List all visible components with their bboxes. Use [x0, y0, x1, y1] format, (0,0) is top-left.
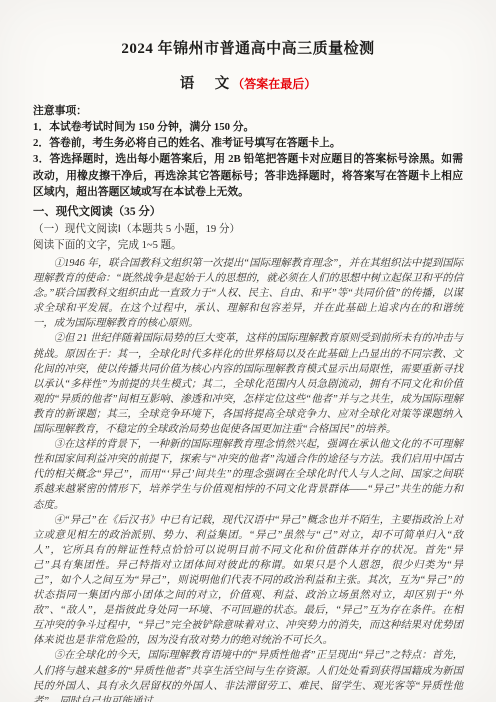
subject-line: 语 文（答案在最后） — [33, 72, 463, 93]
passage-paragraph-2: ②但 21 世纪伴随着国际局势的巨大变革，这样的国际理解教育原则受到前所未有的冲… — [33, 331, 463, 437]
answer-location-note: （答案在最后） — [232, 77, 316, 91]
notice-item-2: 2．答卷前，考生务必将自己的姓名、准考证号填写在答题卡上。 — [33, 135, 463, 151]
notice-item-1: 1．本试卷考试时间为 150 分钟，满分 150 分。 — [33, 119, 463, 135]
passage-paragraph-5: ⑤在全球化的今天，国际理解教育语境中的“异质性他者”正呈现出“异己”之特点：首先… — [33, 648, 463, 702]
modern-reading-section: 一、现代文阅读（35 分） （一）现代文阅读Ⅰ（本题共 5 小题，19 分） 阅… — [33, 204, 463, 702]
passage-paragraph-1: ①1946 年，联合国教科文组织第一次提出“国际理解教育理念”，并在其组织法中提… — [33, 256, 463, 331]
reading-instruction: 阅读下面的文字，完成 1~5 题。 — [33, 238, 463, 254]
passage-paragraph-3: ③在这样的背景下，一种新的国际理解教育理念悄然兴起，强调在承认他文化的不可理解性… — [33, 437, 463, 512]
section-heading: 一、现代文阅读（35 分） — [33, 204, 463, 221]
subject-title: 语 文 — [180, 76, 233, 92]
page-title: 2024 年锦州市普通高中高三质量检测 — [33, 38, 463, 60]
passage-paragraph-4: ④“异己”在《后汉书》中已有记载，现代汉语中“异己”概念也并不陌生，主要指政治上… — [33, 513, 463, 649]
notice-heading: 注意事项： — [33, 103, 463, 119]
section-part-heading: （一）现代文阅读Ⅰ（本题共 5 小题，19 分） — [33, 222, 463, 238]
exam-paper-page: 2024 年锦州市普通高中高三质量检测 语 文（答案在最后） 注意事项： 1．本… — [0, 0, 496, 702]
notice-item-3: 3．答选择题时，选出每小题答案后，用 2B 铅笔把答题卡对应题目的答案标号涂黑。… — [33, 151, 463, 200]
notice-section: 注意事项： 1．本试卷考试时间为 150 分钟，满分 150 分。 2．答卷前，… — [33, 103, 463, 200]
